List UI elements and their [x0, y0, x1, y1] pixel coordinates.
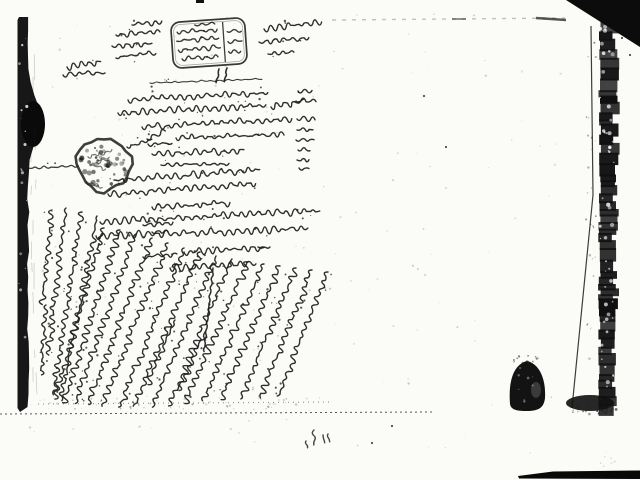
book-scan-viewport: Scanned handwritten manuscript page (Ara…: [0, 0, 640, 480]
manuscript-scan: [0, 0, 640, 480]
